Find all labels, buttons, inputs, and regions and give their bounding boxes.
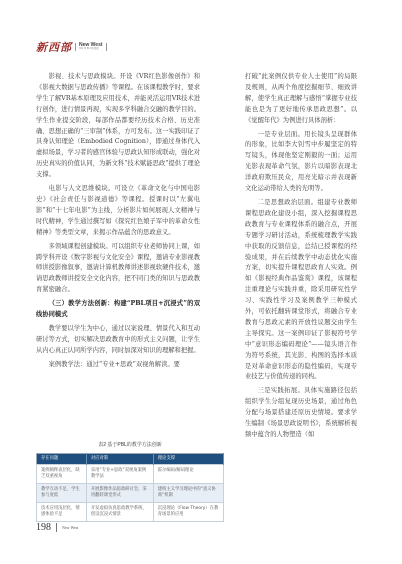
table-cell: 技术应用浅层化，情感体验不足 <box>37 503 87 522</box>
table-header-row: 存在问题 对应对策 理论支撑 <box>37 454 224 465</box>
table-caption: 表2 基于PBL的教学方法创新 <box>36 441 224 448</box>
column-header: 对应对策 <box>86 454 153 465</box>
column-header: 存在问题 <box>37 454 87 465</box>
table-cell: 案例阐释表层化，缺乏双重视角 <box>37 465 87 484</box>
logo-english-block: New West XIN XI BU 新西部 <box>75 43 107 51</box>
paragraph: 电影与人文思维模块。可设立《革命文化与中国电影史》《社会责任与影视道德》等课程。… <box>36 184 200 239</box>
table-cell: 沉浸理论（Flow Theory）在教育场景的应用 <box>153 503 223 522</box>
logo-chinese: 新西部 <box>36 39 72 55</box>
table-cell: 霍尔编码/解码理论 <box>153 465 223 484</box>
paragraph: 多领域课程创建模块。可以组织专业老师协同上课，如跨学科开设《数字影视与文化安全》… <box>36 242 200 297</box>
column-header: 理论支撑 <box>153 454 223 465</box>
section-heading: （三）教学方法创新：构建“PBL项目+沉浸式”的双线协同模式 <box>36 299 200 321</box>
table-row: 技术应用浅层化，情感体验不足 开发虚拟仿真思政教学系统，创设沉浸式情景 沉浸理论… <box>37 503 224 522</box>
table-cell: 采用“专业+思政”双视角案例教学法 <box>86 465 153 484</box>
left-column: 影视、技术与思政模块。开设《VR红色影像创作》和《影视大数据与思政传播》等课程。… <box>36 72 200 374</box>
magazine-name: New West <box>62 525 78 530</box>
paragraph: 案例教学法：通过“专业+思政”双视角解读。要 <box>36 360 200 371</box>
page-footer: 198 New West <box>36 522 78 533</box>
paragraph: 二是思想政治层面。组建专业教师课程思政化建设小组，深入挖掘课程思政教育与专业课程… <box>245 198 357 383</box>
table-row: 教学互动不足，学生参与度低 开展影像作品思政研讨会，采用翻转课堂形式 建构主义学… <box>37 484 224 503</box>
page-number: 198 <box>36 522 51 533</box>
paragraph: 打破“此案例仅供专业人士使用”的局限及规则，从两个角度挖掘细节、细致讲解，使学生… <box>245 72 357 127</box>
table-cell: 开展影像作品思政研讨会，采用翻转课堂形式 <box>86 484 153 503</box>
pbl-method-table: 表2 基于PBL的教学方法创新 存在问题 对应对策 理论支撑 案例阐释表层化，缺… <box>36 441 224 522</box>
table-row: 案例阐释表层化，缺乏双重视角 采用“专业+思政”双视角案例教学法 霍尔编码/解码… <box>37 465 224 484</box>
masthead: 新西部 New West XIN XI BU 新西部 <box>36 40 107 54</box>
logo-subtitle: XIN XI BU 新西部 <box>79 48 103 51</box>
paragraph: 一是专业层面。用长镜头呈现群体的形象，比如李大钊雪中步履坚定的特写镜头，体现他坚… <box>245 130 357 195</box>
table: 存在问题 对应对策 理论支撑 案例阐释表层化，缺乏双重视角 采用“专业+思政”双… <box>36 453 224 522</box>
table-cell: 教学互动不足，学生参与度低 <box>37 484 87 503</box>
paragraph: 影视、技术与思政模块。开设《VR红色影像创作》和《影视大数据与思政传播》等课程。… <box>36 72 200 181</box>
right-column: 打破“此案例仅供专业人士使用”的局限及规则，从两个角度挖掘细节、细致讲解，使学生… <box>245 72 357 444</box>
paragraph: 教学要以学生为中心，通过以案说理、情景代入和互动研讨等方式，切实解决思政教育中的… <box>36 324 200 357</box>
table-cell: 开发虚拟仿真思政教学系统，创设沉浸式情景 <box>86 503 153 522</box>
footer-divider <box>56 523 57 532</box>
table-cell: 建构主义学习理论中的“意义协商”机制 <box>153 484 223 503</box>
paragraph: 三是实践拓展。具体实施路径包括组织学生分组复现历史场景，通过角色分配与场景搭建还… <box>245 386 357 441</box>
